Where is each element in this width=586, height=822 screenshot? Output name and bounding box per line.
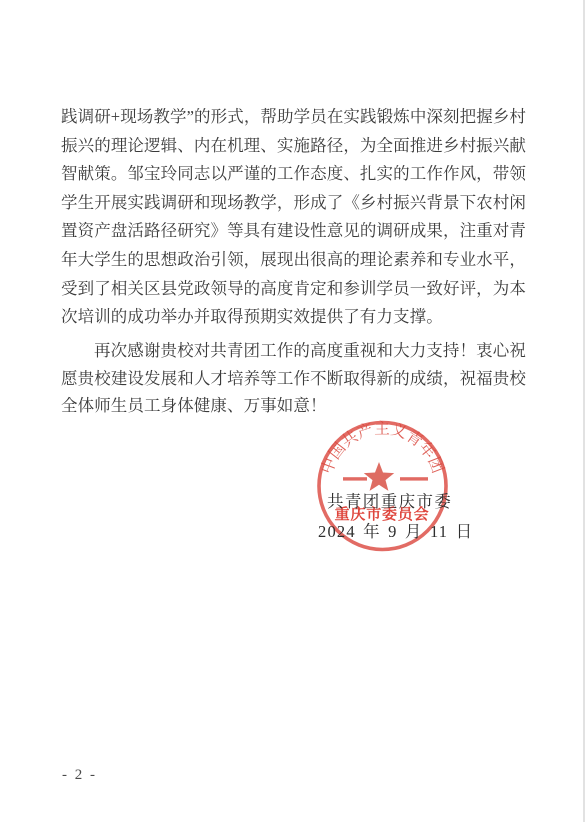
signature-org: 共青团重庆市委 [327, 488, 452, 512]
body-line: 年大学生的思想政治引领，展现出很高的理论素养和专业水平， [61, 246, 526, 275]
seal-right-bar [400, 477, 428, 480]
body-line: 置资产盘活路径研究》等具有建设性意见的调研成果，注重对青 [61, 217, 526, 246]
signature-date: 2024 年 9 月 11 日 [318, 518, 473, 542]
body-line: 学生开展实践调研和现场教学，形成了《乡村振兴背景下农村闲 [61, 189, 526, 218]
body-line: 践调研+现场教学”的形式，帮助学员在实践锻炼中深刻把握乡村 [61, 103, 526, 132]
body-line: 智献策。邹宝玲同志以严谨的工作态度、扎实的工作作风，带领 [61, 160, 526, 189]
body-line: 再次感谢贵校对共青团工作的高度重视和大力支持！衷心祝 [61, 337, 526, 365]
page-number: - 2 - [62, 767, 97, 784]
seal-graphic: 中国共产主义青年团 [296, 400, 468, 572]
body-line: 受到了相关区县党政领导的高度肯定和参训学员一致好评，为本 [61, 275, 526, 304]
scan-edge-artifact [583, 0, 585, 822]
red-star-icon [364, 462, 394, 491]
seal-arc-text: 中国共产主义青年团 [318, 420, 447, 477]
official-seal: 中国共产主义青年团 [296, 400, 468, 572]
body-line: 振兴的理论逻辑、内在机理、实施路径，为全面推进乡村振兴献 [61, 132, 526, 161]
paragraph-1: 践调研+现场教学”的形式，帮助学员在实践锻炼中深刻把握乡村 振兴的理论逻辑、内在… [61, 103, 526, 332]
body-line: 次培训的成功举办并取得预期实效提供了有力支撑。 [61, 303, 526, 332]
seal-left-bar [343, 477, 367, 480]
scanned-letter-page: 践调研+现场教学”的形式，帮助学员在实践锻炼中深刻把握乡村 振兴的理论逻辑、内在… [0, 0, 586, 822]
body-line: 愿贵校建设发展和人才培养等工作不断取得新的成绩，祝福贵校 [61, 365, 526, 393]
